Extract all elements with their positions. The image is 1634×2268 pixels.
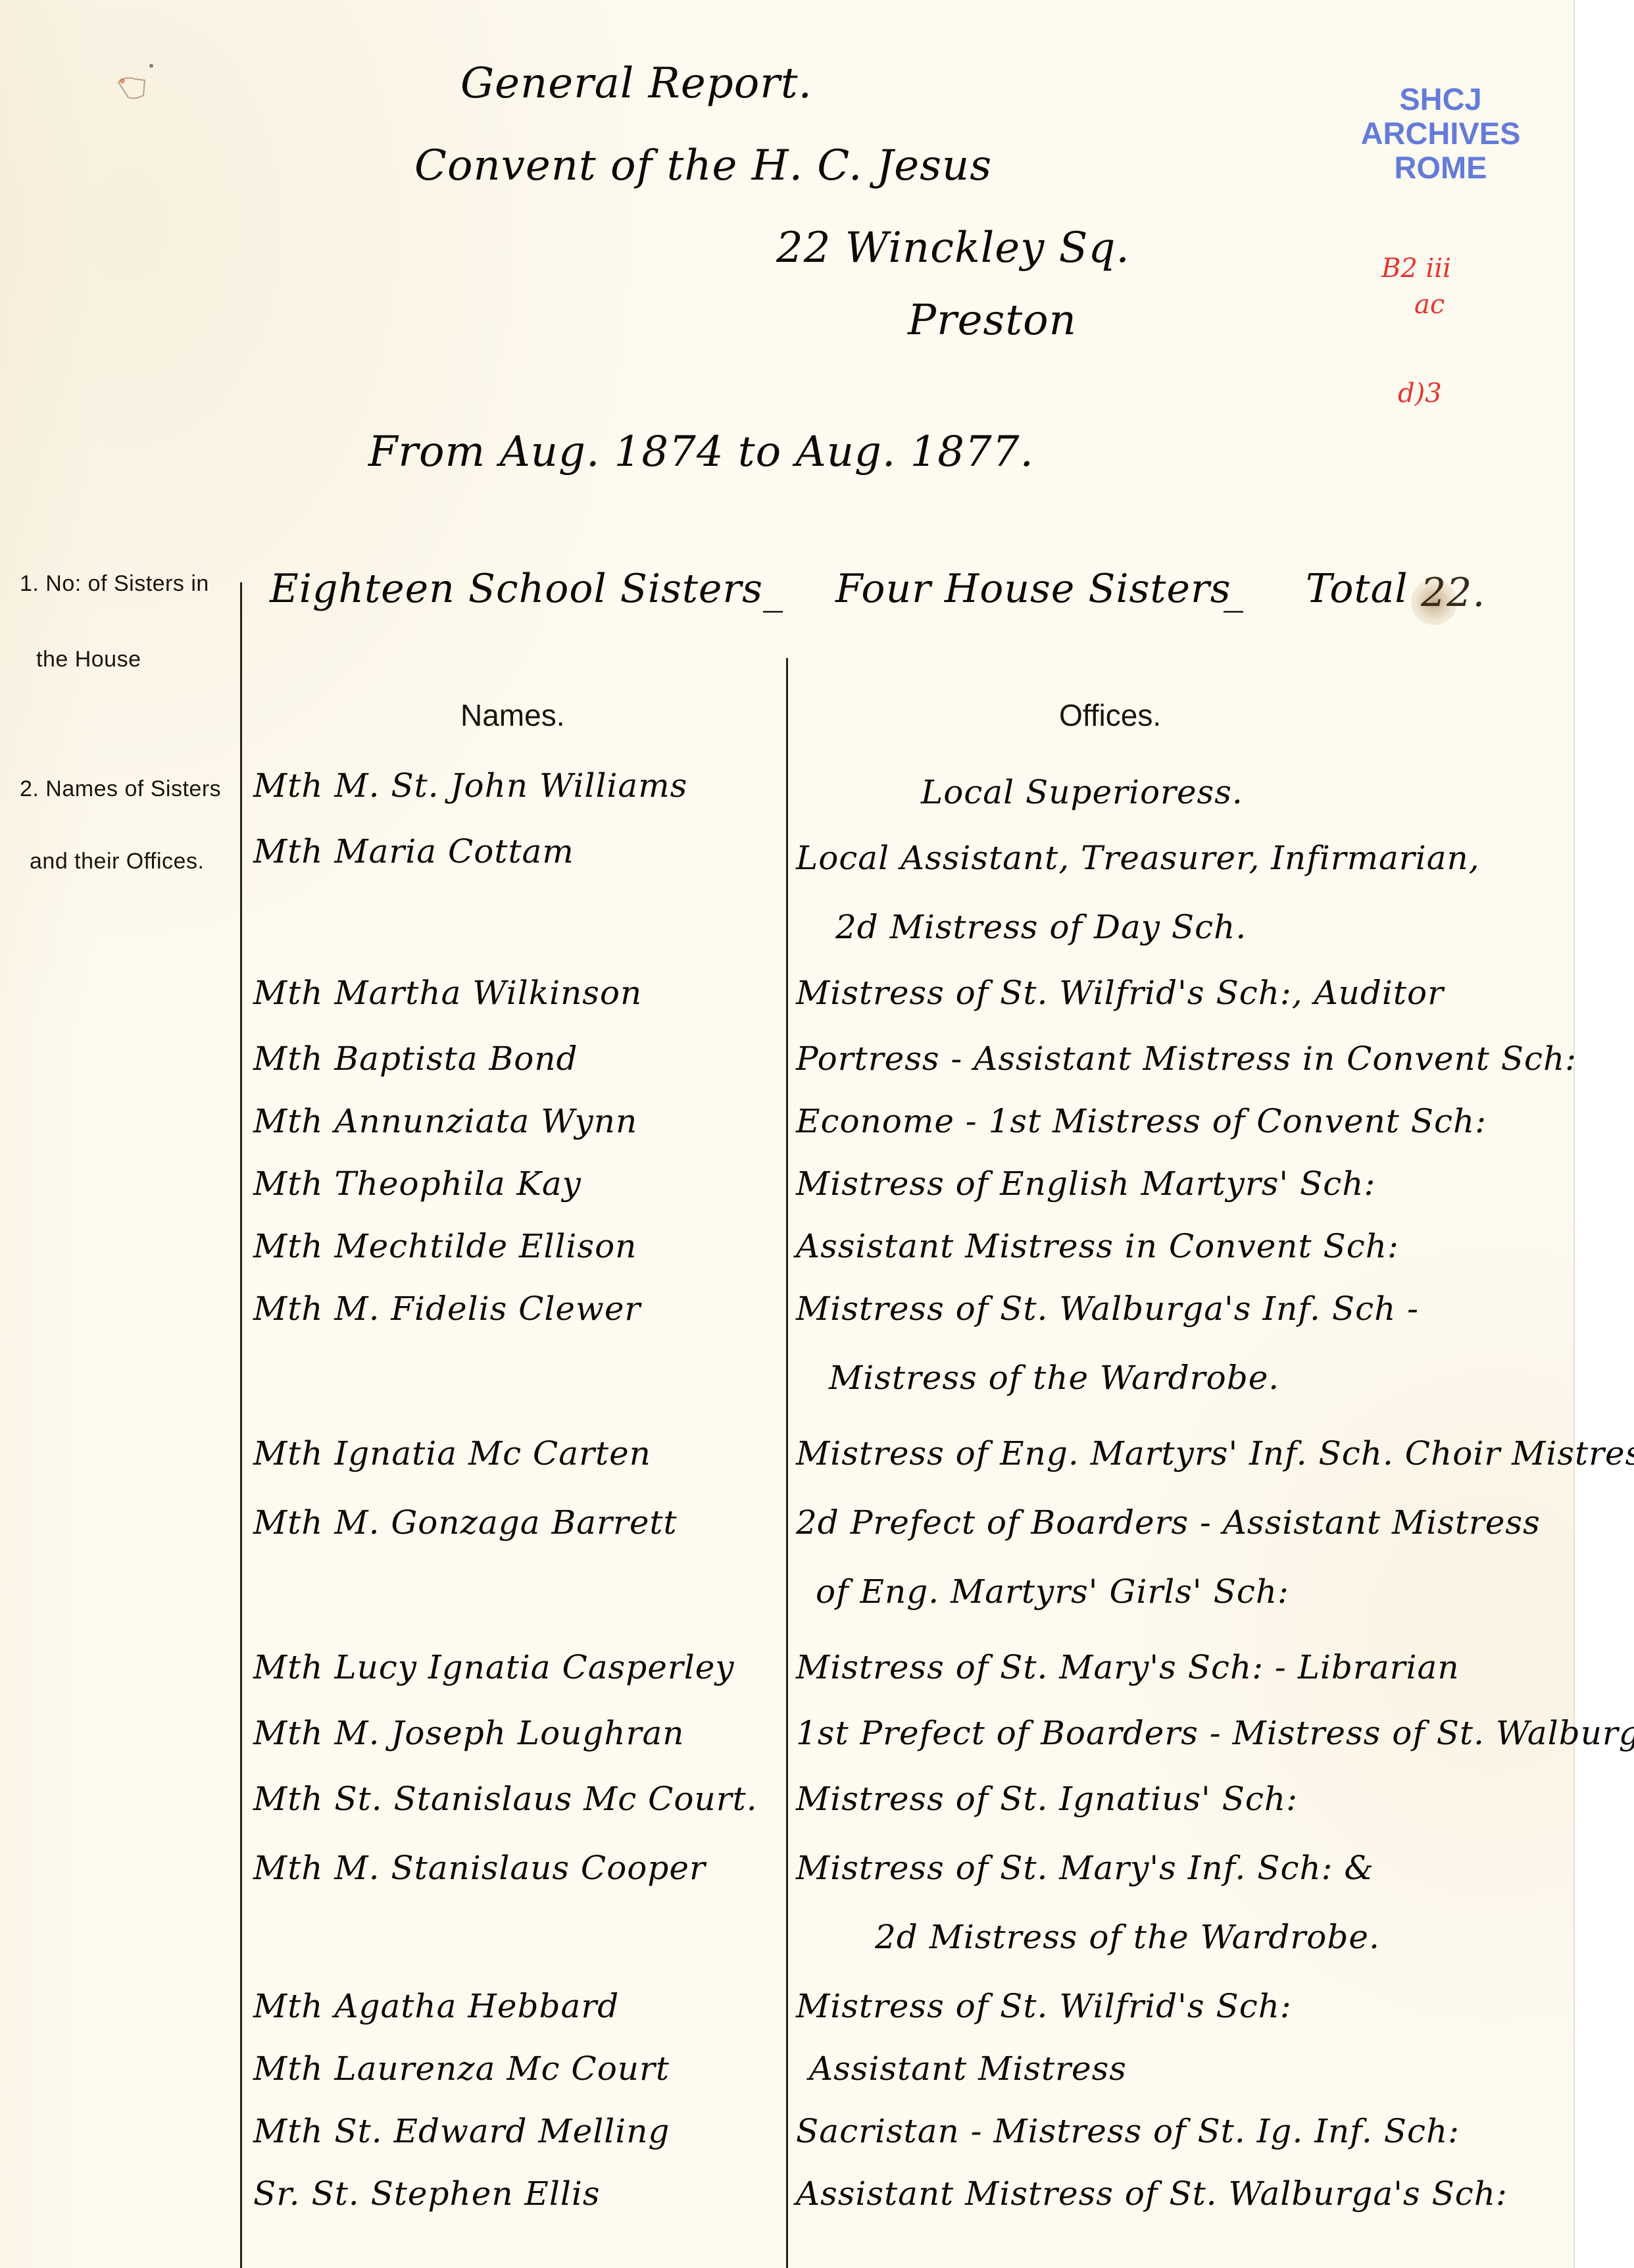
name-row-4: Mth Baptista Bond: [253, 1040, 578, 1078]
stamp-line-2: ARCHIVES: [1355, 116, 1526, 151]
margin-label-1a: 1. No: of Sisters in: [20, 571, 209, 597]
report-title: General Report.: [460, 59, 812, 108]
column-header-names: Names.: [460, 697, 564, 733]
stamp-line-1: SHCJ: [1355, 82, 1526, 116]
office-row-6: Mistress of English Martyrs' Sch:: [796, 1165, 1375, 1203]
margin-label-2a: 2. Names of Sisters: [20, 776, 221, 802]
office-row-11: Mistress of St. Mary's Sch: - Librarian: [796, 1648, 1460, 1686]
name-row-10: Mth M. Gonzaga Barrett: [253, 1503, 678, 1542]
count-sep-2: _: [1224, 567, 1244, 613]
column-header-offices: Offices.: [1059, 697, 1161, 733]
name-row-2: Mth Maria Cottam: [253, 832, 574, 870]
archive-ref-line-3: d)3: [1398, 378, 1442, 409]
stamp-line-3: ROME: [1355, 151, 1526, 185]
margin-label-2b: and their Offices.: [30, 849, 204, 874]
name-row-12: Mth M. Joseph Loughran: [253, 1714, 685, 1752]
name-row-7: Mth Mechtilde Ellison: [253, 1227, 637, 1265]
name-row-15: Mth Agatha Hebbard: [253, 1987, 619, 2025]
column-divider: [786, 658, 788, 2268]
name-row-14: Mth M. Stanislaus Cooper: [253, 1849, 706, 1887]
name-row-11: Mth Lucy Ignatia Casperley: [253, 1648, 735, 1686]
office-row-2b: 2d Mistress of Day Sch.: [835, 908, 1247, 946]
office-row-18: Assistant Mistress of St. Walburga's Sch…: [796, 2175, 1508, 2213]
name-row-5: Mth Annunziata Wynn: [253, 1102, 637, 1140]
office-row-4: Portress - Assistant Mistress in Convent…: [796, 1040, 1577, 1078]
office-row-8a: Mistress of St. Walburga's Inf. Sch -: [796, 1290, 1419, 1328]
count-school: Eighteen School Sisters: [270, 566, 763, 612]
office-row-8b: Mistress of the Wardrobe.: [829, 1359, 1279, 1397]
count-sep-1: _: [763, 567, 783, 613]
paper-page: General Report. Convent of the H. C. Jes…: [0, 0, 1575, 2268]
office-row-14a: Mistress of St. Mary's Inf. Sch: &: [796, 1849, 1374, 1887]
name-row-8: Mth M. Fidelis Clewer: [253, 1290, 641, 1328]
office-row-10a: 2d Prefect of Boarders - Assistant Mistr…: [796, 1503, 1541, 1542]
archive-ref-line-1: B2 iii: [1381, 253, 1451, 284]
name-row-6: Mth Theophila Kay: [253, 1165, 582, 1203]
office-row-9: Mistress of Eng. Martyrs' Inf. Sch. Choi…: [796, 1434, 1634, 1473]
office-row-3: Mistress of St. Wilfrid's Sch:, Auditor: [796, 974, 1444, 1012]
office-row-15: Mistress of St. Wilfrid's Sch:: [796, 1987, 1292, 2025]
name-row-17: Mth St. Edward Melling: [253, 2112, 670, 2150]
margin-rule: [240, 582, 242, 2268]
office-row-7: Assistant Mistress in Convent Sch:: [796, 1227, 1399, 1265]
office-row-14b: 2d Mistress of the Wardrobe.: [875, 1918, 1380, 1956]
name-row-13: Mth St. Stanislaus Mc Court.: [253, 1780, 758, 1818]
convent-name: Convent of the H. C. Jesus: [414, 141, 992, 190]
archive-ref-line-2: ac: [1414, 290, 1445, 320]
office-row-12: 1st Prefect of Boarders - Mistress of St…: [796, 1714, 1634, 1752]
count-total-label: Total: [1306, 566, 1408, 612]
office-row-13: Mistress of St. Ignatius' Sch:: [796, 1780, 1298, 1818]
name-row-18: Sr. St. Stephen Ellis: [253, 2175, 601, 2213]
office-row-16: Assistant Mistress: [809, 2050, 1127, 2088]
paper-blemish-icon: [105, 59, 158, 105]
convent-address: 22 Winckley Sq.: [776, 224, 1130, 272]
office-row-5: Econome - 1st Mistress of Convent Sch:: [796, 1102, 1487, 1140]
office-row-17: Sacristan - Mistress of St. Ig. Inf. Sch…: [796, 2112, 1460, 2150]
name-row-3: Mth Martha Wilkinson: [253, 974, 642, 1012]
name-row-16: Mth Laurenza Mc Court: [253, 2050, 670, 2088]
office-row-1: Local Superioress.: [921, 773, 1243, 811]
name-row-1: Mth M. St. John Williams: [253, 767, 687, 805]
margin-label-1b: the House: [36, 647, 141, 672]
name-row-9: Mth Ignatia Mc Carten: [253, 1434, 651, 1473]
archive-stamp: SHCJ ARCHIVES ROME: [1355, 82, 1526, 185]
date-range: From Aug. 1874 to Aug. 1877.: [368, 428, 1034, 476]
office-row-2a: Local Assistant, Treasurer, Infirmarian,: [796, 839, 1480, 877]
convent-city: Preston: [908, 296, 1077, 345]
count-total-value: 22.: [1421, 570, 1485, 616]
count-house: Four House Sisters: [835, 566, 1231, 612]
office-row-10b: of Eng. Martyrs' Girls' Sch:: [816, 1573, 1289, 1611]
